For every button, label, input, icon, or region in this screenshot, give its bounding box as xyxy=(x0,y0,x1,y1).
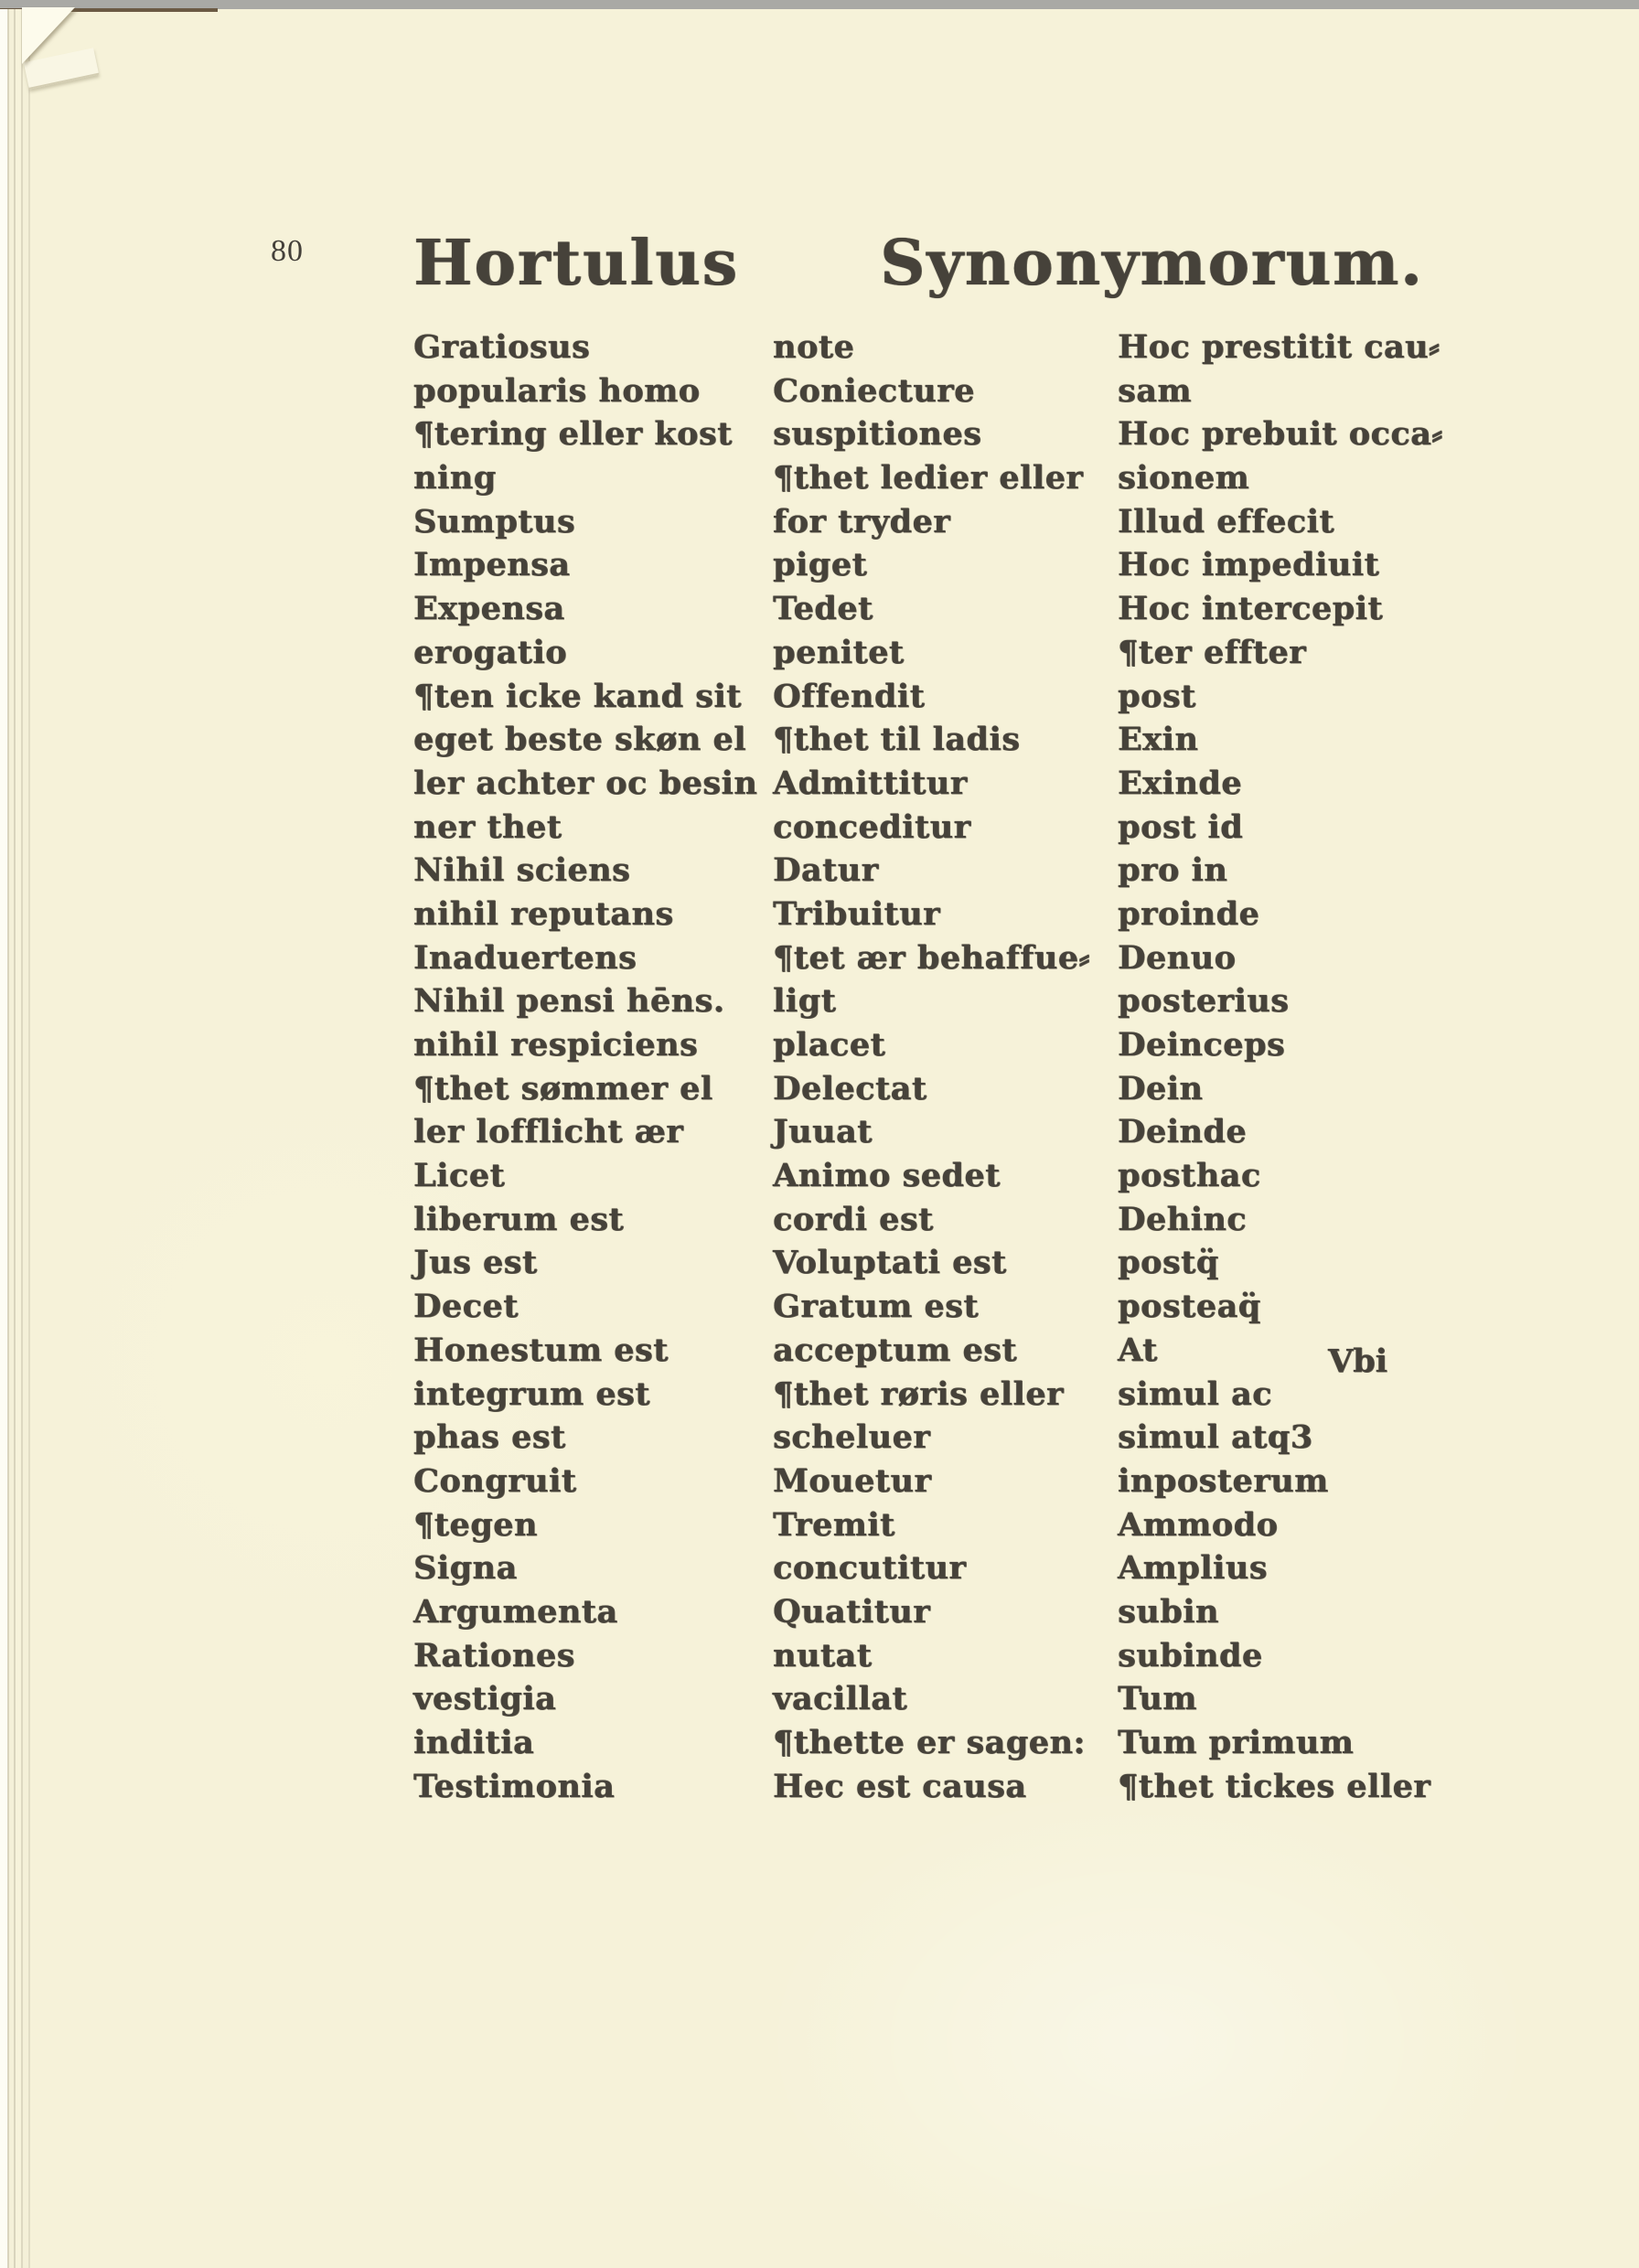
text-line: popularis homo xyxy=(413,369,779,413)
text-line: note xyxy=(773,326,1139,369)
text-line: ¶thet til ladis xyxy=(773,718,1139,762)
text-line: phas est xyxy=(413,1416,779,1460)
text-line: pro in xyxy=(1118,849,1511,893)
text-line: Deinceps xyxy=(1118,1023,1511,1067)
text-line: Denuo xyxy=(1118,936,1511,980)
text-line: ¶thette er sagen: xyxy=(773,1721,1139,1765)
text-line: ¶thet sømmer el xyxy=(413,1067,779,1111)
text-line: integrum est xyxy=(413,1373,779,1417)
text-line: Illud effecit xyxy=(1118,500,1511,544)
text-line: post xyxy=(1118,675,1511,719)
text-line: Quatitur xyxy=(773,1590,1139,1634)
text-line: sionem xyxy=(1118,456,1511,500)
text-line: Tremit xyxy=(773,1503,1139,1547)
text-line: scheluer xyxy=(773,1416,1139,1460)
text-line: ¶tet ær behaffue⸗ xyxy=(773,936,1139,980)
text-line: Delectat xyxy=(773,1067,1139,1111)
text-line: postq̈ xyxy=(1118,1241,1511,1285)
text-line: ¶tegen xyxy=(413,1503,779,1547)
text-line: ¶thet røris eller xyxy=(773,1373,1139,1417)
text-line: ligt xyxy=(773,979,1139,1023)
text-line: eget beste skøn el xyxy=(413,718,779,762)
text-line: Hoc intercepit xyxy=(1118,587,1511,631)
folded-corner xyxy=(22,7,75,64)
text-line: simul atq3 xyxy=(1118,1416,1511,1460)
text-line: nutat xyxy=(773,1634,1139,1678)
text-line: liberum est xyxy=(413,1198,779,1242)
text-line: Argumenta xyxy=(413,1590,779,1634)
page-title: Hortulus Synonymorum. xyxy=(0,227,1639,315)
text-line: Jus est xyxy=(413,1241,779,1285)
text-line: Tum primum xyxy=(1118,1721,1511,1765)
text-line: ¶tering eller kost xyxy=(413,412,779,456)
text-line: concutitur xyxy=(773,1546,1139,1590)
text-line: for tryder xyxy=(773,500,1139,544)
scanned-book-page: { "page": { "number": "80" }, "header": … xyxy=(0,0,1639,2268)
text-line: Tum xyxy=(1118,1677,1511,1721)
text-line: Deinde xyxy=(1118,1110,1511,1154)
text-line: proinde xyxy=(1118,893,1511,936)
text-line: Impensa xyxy=(413,543,779,587)
text-line: conceditur xyxy=(773,806,1139,850)
text-line: Juuat xyxy=(773,1110,1139,1154)
text-line: ¶thet tickes eller xyxy=(1118,1765,1511,1809)
text-line: At xyxy=(1118,1329,1511,1373)
text-line: Hec est causa xyxy=(773,1765,1139,1809)
text-line: Nihil sciens xyxy=(413,849,779,893)
text-line: Exin xyxy=(1118,718,1511,762)
text-line: Offendit xyxy=(773,675,1139,719)
text-line: nihil respiciens xyxy=(413,1023,779,1067)
text-line: Expensa xyxy=(413,587,779,631)
scanner-background-strip xyxy=(0,0,1639,9)
text-line: Testimonia xyxy=(413,1765,779,1809)
text-line: Ammodo xyxy=(1118,1503,1511,1547)
text-line: Gratiosus xyxy=(413,326,779,369)
text-line: posterius xyxy=(1118,979,1511,1023)
text-line: ¶ter effter xyxy=(1118,631,1511,675)
text-line: cordi est xyxy=(773,1198,1139,1242)
text-line: Congruit xyxy=(413,1460,779,1503)
page-scan: 80 Hortulus Synonymorum. Gratiosuspopula… xyxy=(0,0,1639,2268)
text-line: Tribuitur xyxy=(773,893,1139,936)
text-line: Decet xyxy=(413,1285,779,1329)
text-line: posteaq̈ xyxy=(1118,1285,1511,1329)
text-line: Nihil pensi hēns. xyxy=(413,979,779,1023)
text-line: subin xyxy=(1118,1590,1511,1634)
text-line: Hoc prestitit cau⸗ xyxy=(1118,326,1511,369)
text-line: Animo sedet xyxy=(773,1154,1139,1198)
text-line: Mouetur xyxy=(773,1460,1139,1503)
text-line: inposterum xyxy=(1118,1460,1511,1503)
title-word-synonymorum: Synonymorum. xyxy=(880,227,1424,300)
text-line: ning xyxy=(413,456,779,500)
text-column-1: Gratiosuspopularis homo¶tering eller kos… xyxy=(413,326,779,1808)
text-line: nihil reputans xyxy=(413,893,779,936)
text-line: Exinde xyxy=(1118,762,1511,806)
text-line: vestigia xyxy=(413,1677,779,1721)
text-line: Sumptus xyxy=(413,500,779,544)
text-line: Gratum est xyxy=(773,1285,1139,1329)
text-line: Honestum est xyxy=(413,1329,779,1373)
text-line: piget xyxy=(773,543,1139,587)
text-line: inditia xyxy=(413,1721,779,1765)
text-line: erogatio xyxy=(413,631,779,675)
text-line: ler achter oc besin xyxy=(413,762,779,806)
text-column-2: noteConiecturesuspitiones¶thet ledier el… xyxy=(773,326,1139,1808)
text-line: Voluptati est xyxy=(773,1241,1139,1285)
text-line: posthac xyxy=(1118,1154,1511,1198)
text-line: Signa xyxy=(413,1546,779,1590)
text-line: Admittitur xyxy=(773,762,1139,806)
text-line: Datur xyxy=(773,849,1139,893)
text-line: acceptum est xyxy=(773,1329,1139,1373)
text-line: Inaduertens xyxy=(413,936,779,980)
text-line: post id xyxy=(1118,806,1511,850)
text-line: penitet xyxy=(773,631,1139,675)
text-line: Amplius xyxy=(1118,1546,1511,1590)
text-line: Dein xyxy=(1118,1067,1511,1111)
text-line: simul ac xyxy=(1118,1373,1511,1417)
text-line: vacillat xyxy=(773,1677,1139,1721)
text-line: subinde xyxy=(1118,1634,1511,1678)
text-line: Dehinc xyxy=(1118,1198,1511,1242)
text-line: Hoc prebuit occa⸗ xyxy=(1118,412,1511,456)
text-line: ner thet xyxy=(413,806,779,850)
text-line: Coniecture xyxy=(773,369,1139,413)
text-line: Tedet xyxy=(773,587,1139,631)
text-line: ¶thet ledier eller xyxy=(773,456,1139,500)
text-line: Rationes xyxy=(413,1634,779,1678)
text-line: ¶ten icke kand sit xyxy=(413,675,779,719)
title-word-hortulus: Hortulus xyxy=(413,227,739,300)
text-line: sam xyxy=(1118,369,1511,413)
stacked-page-edges xyxy=(0,9,40,2268)
text-line: ler lofflicht ær xyxy=(413,1110,779,1154)
text-line: placet xyxy=(773,1023,1139,1067)
text-line: suspitiones xyxy=(773,412,1139,456)
text-line: Licet xyxy=(413,1154,779,1198)
text-line: Hoc impediuit xyxy=(1118,543,1511,587)
text-column-3: Hoc prestitit cau⸗samHoc prebuit occa⸗si… xyxy=(1118,326,1511,1808)
floating-word-vbi: Vbi xyxy=(1328,1343,1387,1380)
